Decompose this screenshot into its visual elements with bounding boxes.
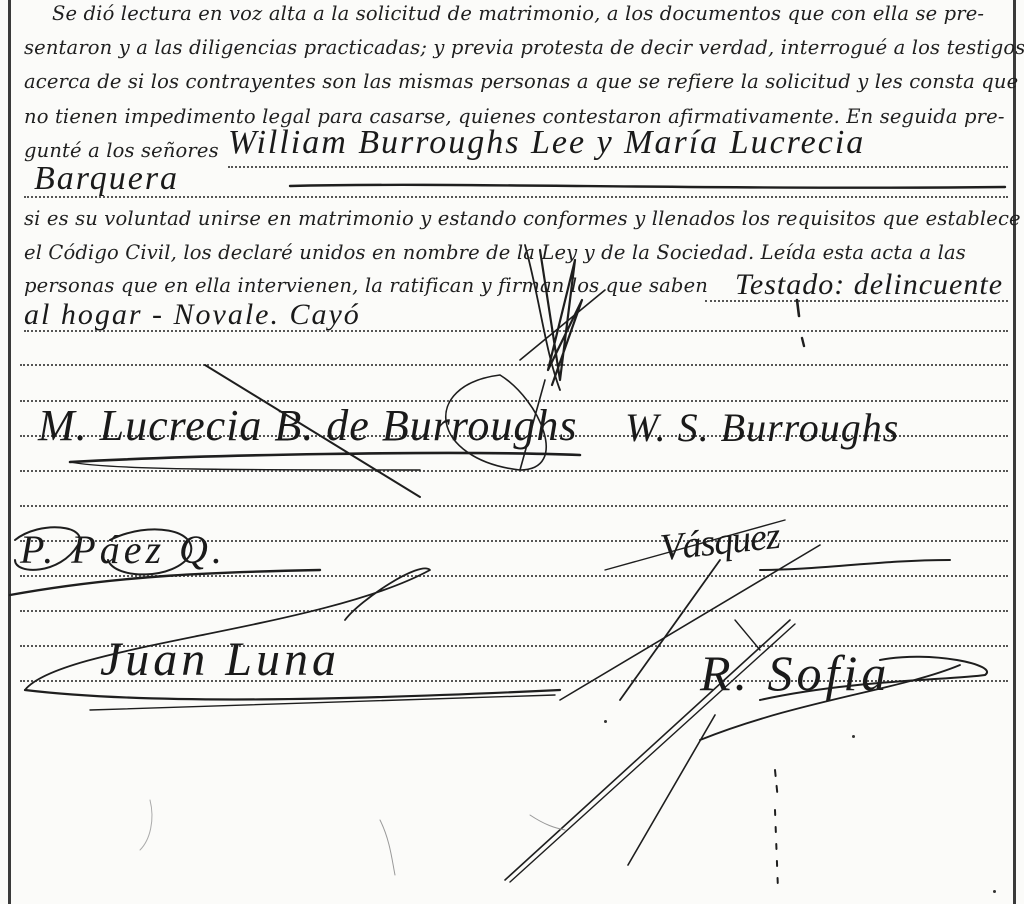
speck (604, 720, 607, 723)
signature-flourishes (0, 0, 1024, 904)
speck (993, 890, 996, 893)
speck (852, 735, 855, 738)
marriage-certificate-page: Se dió lectura en voz alta a la solicitu… (0, 0, 1024, 904)
